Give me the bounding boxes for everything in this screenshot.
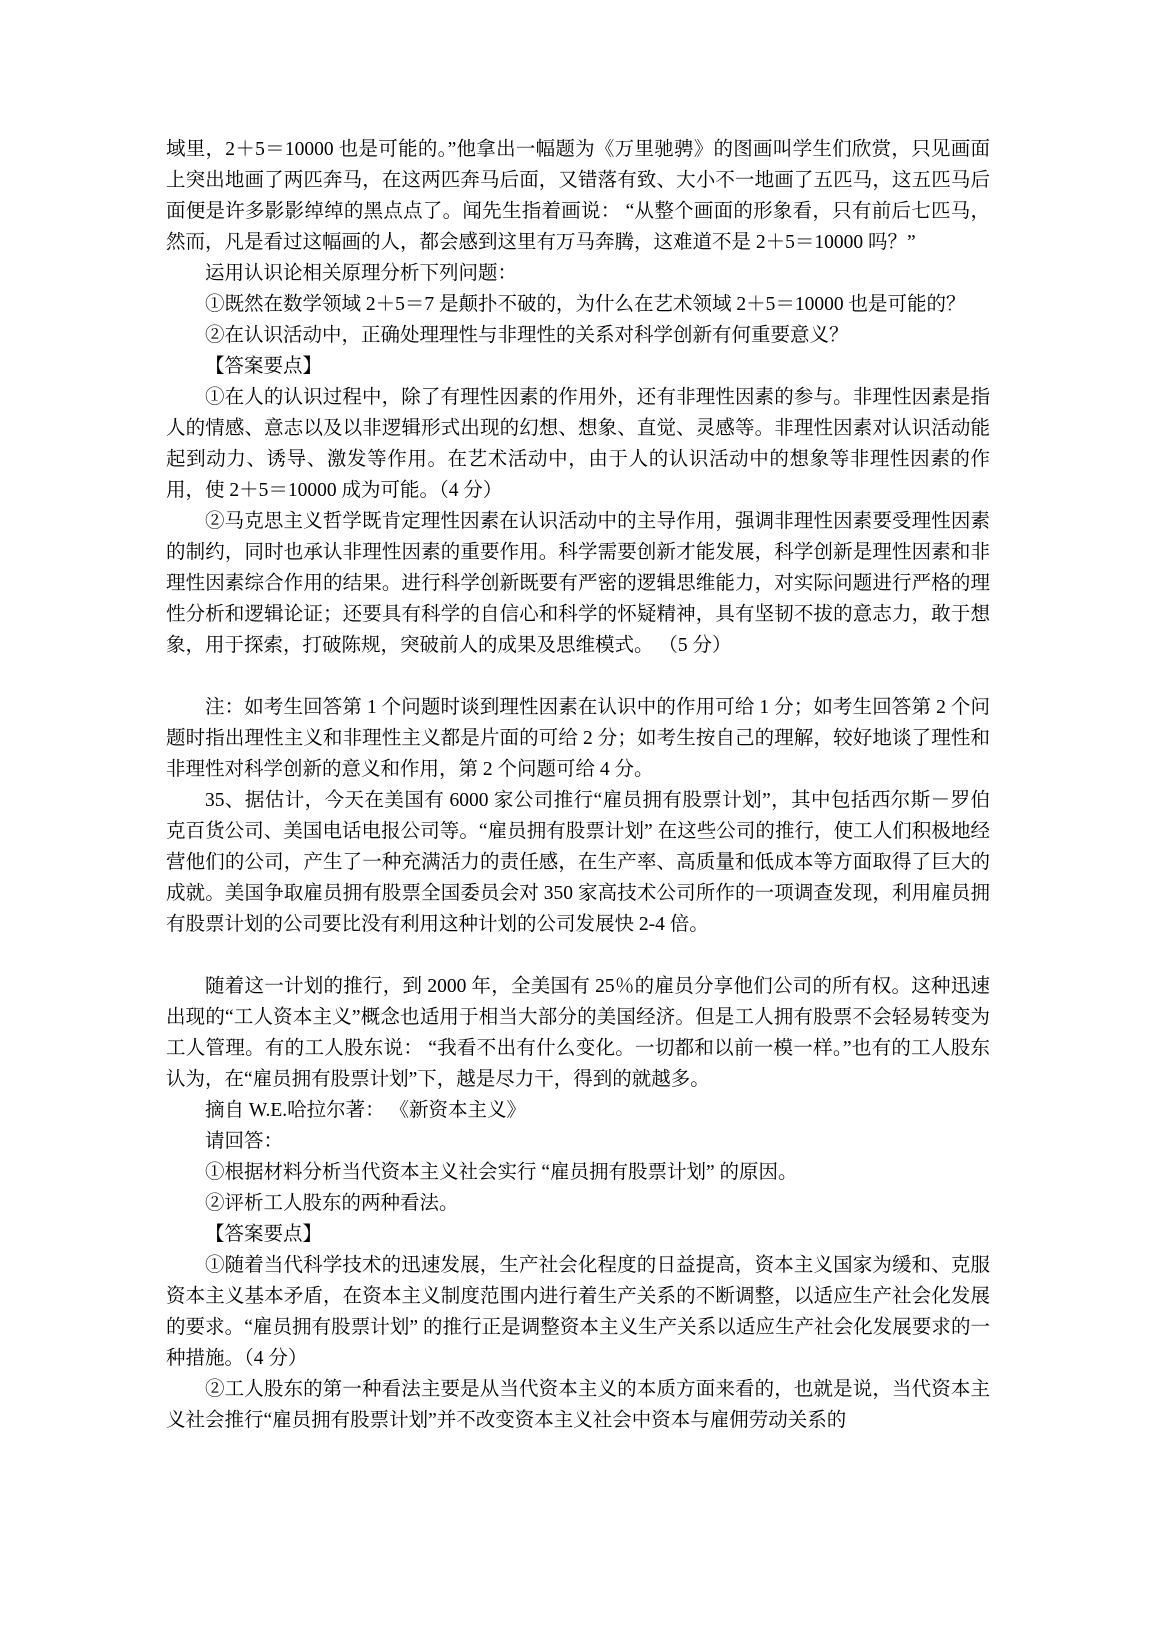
paragraph: 注：如考生回答第 1 个问题时谈到理性因素在认识中的作用可给 1 分；如考生回答…: [166, 692, 990, 785]
document-body: 域里，2＋5＝10000 也是可能的。”他拿出一幅题为《万里驰骋》的图画叫学生们…: [166, 134, 990, 1436]
paragraph: 运用认识论相关原理分析下列问题：: [166, 258, 990, 289]
paragraph: 35、据估计，今天在美国有 6000 家公司推行“雇员拥有股票计划”，其中包括西…: [166, 785, 990, 940]
paragraph: 【答案要点】: [166, 1219, 990, 1250]
paragraph: 域里，2＋5＝10000 也是可能的。”他拿出一幅题为《万里驰骋》的图画叫学生们…: [166, 134, 990, 258]
paragraph: 摘自 W.E.哈拉尔著： 《新资本主义》: [166, 1095, 990, 1126]
paragraph: ②马克思主义哲学既肯定理性因素在认识活动中的主导作用，强调非理性因素要受理性因素…: [166, 506, 990, 661]
paragraph: ①随着当代科学技术的迅速发展，生产社会化程度的日益提高，资本主义国家为缓和、克服…: [166, 1250, 990, 1374]
paragraph: ②工人股东的第一种看法主要是从当代资本主义的本质方面来看的，也就是说，当代资本主…: [166, 1374, 990, 1436]
paragraph: ①既然在数学领域 2＋5＝7 是颠扑不破的，为什么在艺术领域 2＋5＝10000…: [166, 289, 990, 320]
document-page: 域里，2＋5＝10000 也是可能的。”他拿出一幅题为《万里驰骋》的图画叫学生们…: [0, 0, 1158, 1638]
paragraph: ②评析工人股东的两种看法。: [166, 1188, 990, 1219]
paragraph: ①根据材料分析当代资本主义社会实行 “雇员拥有股票计划” 的原因。: [166, 1157, 990, 1188]
paragraph: ②在认识活动中，正确处理理性与非理性的关系对科学创新有何重要意义？: [166, 320, 990, 351]
paragraph: 请回答：: [166, 1126, 990, 1157]
paragraph: 【答案要点】: [166, 351, 990, 382]
paragraph: 随着这一计划的推行，到 2000 年，全美国有 25％的雇员分享他们公司的所有权…: [166, 971, 990, 1095]
paragraph: ①在人的认识过程中，除了有理性因素的作用外，还有非理性因素的参与。非理性因素是指…: [166, 382, 990, 506]
